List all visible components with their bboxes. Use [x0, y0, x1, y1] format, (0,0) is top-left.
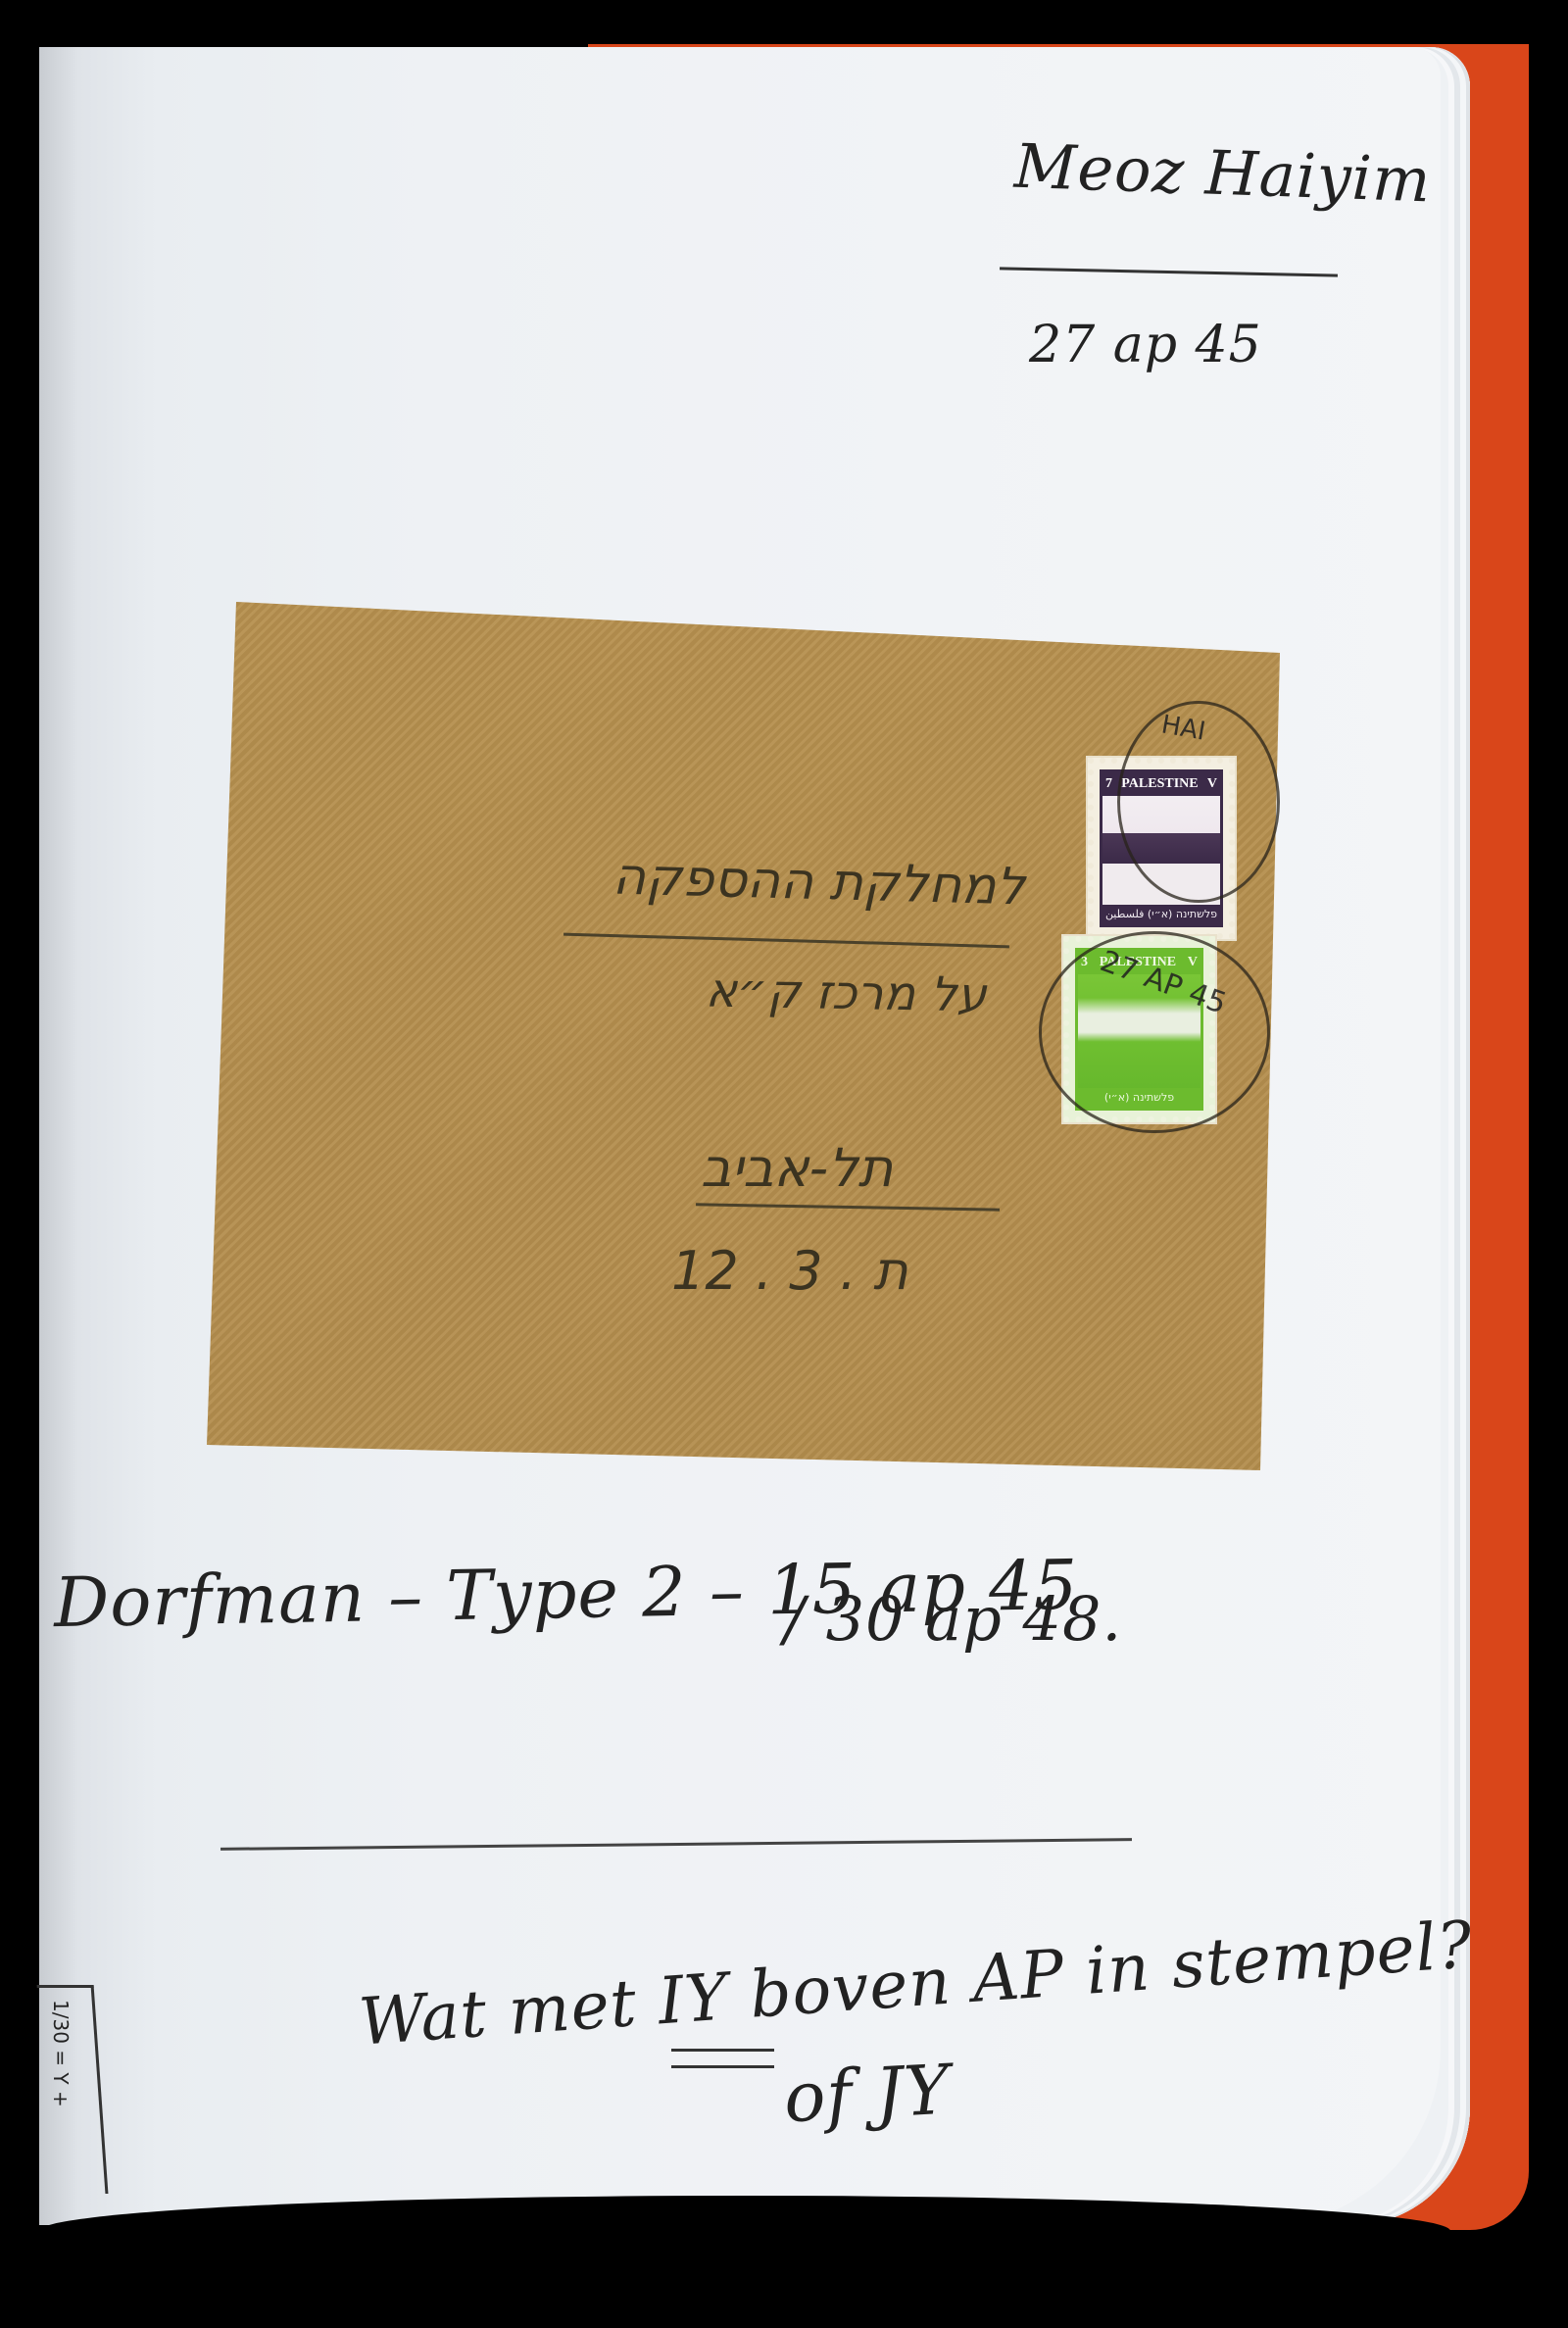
location-heading: Meoz Haiyim — [1013, 130, 1433, 217]
heading-date: 27 ap 45 — [1029, 316, 1262, 374]
alternative-note: of JY — [782, 2050, 953, 2139]
margin-note: 1/30 = Y + — [49, 2000, 73, 2107]
usage-range-note: / 30 ap 48. — [784, 1583, 1122, 1655]
page-bottom-shadow — [39, 2196, 1450, 2313]
double-underline-mark — [671, 2049, 774, 2068]
